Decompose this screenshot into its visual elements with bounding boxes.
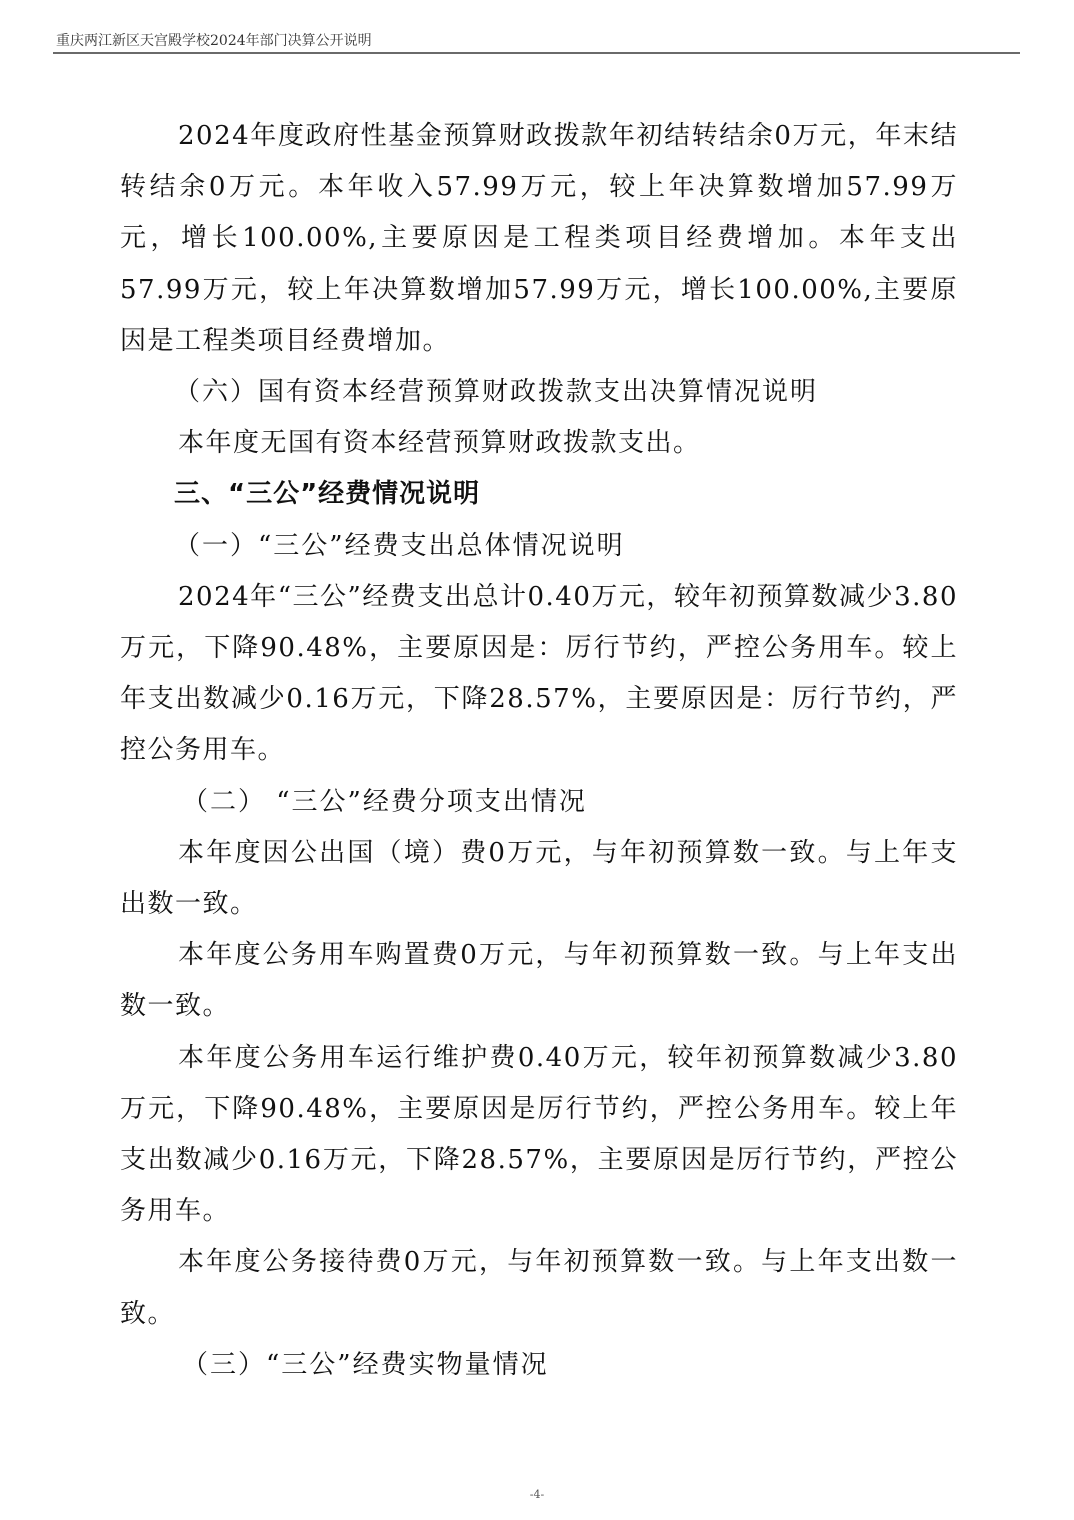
paragraph-reception: 本年度公务接待费0万元，与年初预算数一致。与上年支出数一致。 — [120, 1237, 958, 1339]
paragraph-state-capital: 本年度无国有资本经营预算财政拨款支出。 — [120, 418, 958, 469]
document-body: 2024年度政府性基金预算财政拨款年初结转结余0万元，年末结转结余0万元。本年收… — [120, 111, 958, 1391]
subheading-state-capital: （六）国有资本经营预算财政拨款支出决算情况说明 — [120, 367, 958, 418]
paragraph-overall: 2024年“三公”经费支出总计0.40万元，较年初预算数减少3.80万元，下降9… — [120, 572, 958, 777]
header-divider — [53, 52, 1020, 54]
paragraph-overseas: 本年度因公出国（境）费0万元，与年初预算数一致。与上年支出数一致。 — [120, 828, 958, 930]
section-heading-three-public: 三、“三公”经费情况说明 — [120, 469, 958, 520]
paragraph-vehicle-purchase: 本年度公务用车购置费0万元，与年初预算数一致。与上年支出数一致。 — [120, 930, 958, 1032]
subheading-overall: （一）“三公”经费支出总体情况说明 — [120, 521, 958, 572]
page-number: -4- — [0, 1488, 1074, 1501]
paragraph-vehicle-maintenance: 本年度公务用车运行维护费0.40万元，较年初预算数减少3.80万元，下降90.4… — [120, 1033, 958, 1238]
subheading-physical: （三）“三公”经费实物量情况 — [120, 1340, 958, 1391]
paragraph-gov-fund-budget: 2024年度政府性基金预算财政拨款年初结转结余0万元，年末结转结余0万元。本年收… — [120, 111, 958, 367]
subheading-itemized: （二） “三公”经费分项支出情况 — [120, 777, 958, 828]
running-header: 重庆两江新区天宫殿学校2024年部门决算公开说明 — [56, 30, 372, 50]
